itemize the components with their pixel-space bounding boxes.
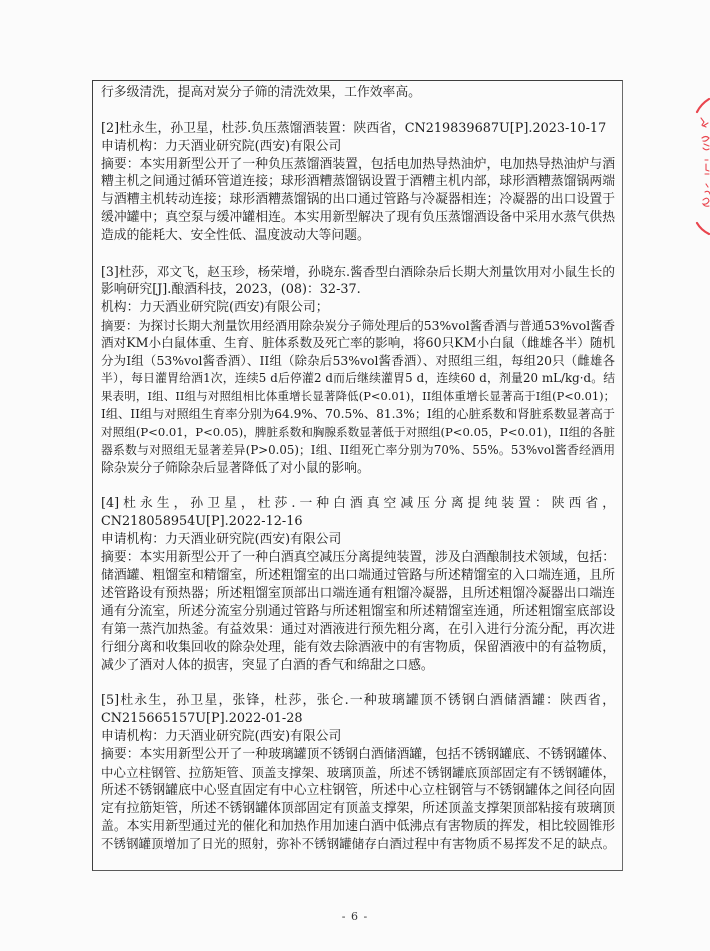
abstract-line: 有第一蒸汽加热釜。有益效果：通过对酒液进行预先粗分离，在引入进行分流分配，再次进 bbox=[101, 621, 615, 639]
abstract-line: 行细分离和收集回收的除杂处理，能有效去除酒液中的有害物质，保留酒液中的有益物质， bbox=[101, 639, 615, 657]
citation-line: [5]杜永生，孙卫星，张锋，杜莎，张仑.一种玻璃罐顶不锈钢白酒储酒罐：陕西省， bbox=[101, 692, 615, 710]
continuation-line: 行多级清洗，提高对炭分子筛的清洗效果，工作效率高。 bbox=[101, 84, 615, 102]
abstract-line: 摘要：本实用新型公开了一种负压蒸馏酒装置，包括电加热导热油炉，电加热导热油炉与酒 bbox=[101, 156, 615, 174]
abstract-line: 摘要：本实用新型公开了一种白酒真空减压分离提纯装置，涉及白酒酿制技术领域，包括： bbox=[101, 549, 615, 567]
red-seal-stamp-icon bbox=[668, 88, 710, 244]
reference-entry-4: [4]杜永生，孙卫星，杜莎.一种白酒真空减压分离提纯装置：陕西省， CN2180… bbox=[101, 495, 615, 674]
abstract-line: 盖。本实用新型通过光的催化和加热作用加速白酒中低沸点有害物质的挥发，相比较圆锥形 bbox=[101, 818, 615, 836]
citation-line: CN218058954U[P].2022-12-16 bbox=[101, 513, 615, 531]
abstract-line: 除杂炭分子筛除杂后显著降低了对小鼠的影响。 bbox=[101, 460, 615, 478]
abstract-line: 器系数与对照组无显著差异(P>0.05)；I组、II组死亡率分别为70%、55%… bbox=[101, 442, 615, 460]
abstract-line: 半），每日灌胃给酒1次，连续5 d后停灌2 d而后继续灌胃5 d，连续60 d，… bbox=[101, 370, 615, 388]
citation-line: [4]杜永生，孙卫星，杜莎.一种白酒真空减压分离提纯装置：陕西省， bbox=[101, 495, 615, 513]
institution-line: 申请机构：力天酒业研究院(西安)有限公司 bbox=[101, 138, 615, 156]
abstract-line: I组、II组与对照组生育率分别为64.9%、70.5%、81.3%；I组的心脏系… bbox=[101, 406, 615, 424]
abstract-line: 造成的能耗大、安全性低、温度波动大等问题。 bbox=[101, 227, 615, 245]
citation-line: 影响研究[J].酿酒科技，2023，(08)：32-37. bbox=[101, 281, 615, 299]
abstract-line: 述管路设有预热器；所述粗馏室顶部出口端连通有粗馏冷凝器，且所述粗馏冷凝器出口端连 bbox=[101, 585, 615, 603]
blank-line bbox=[101, 674, 615, 692]
citation-line: [2]杜永生，孙卫星，杜莎.负压蒸馏酒装置：陕西省，CN219839687U[P… bbox=[101, 120, 615, 138]
abstract-line: 摘要：为探讨长期大剂量饮用经酒用除杂炭分子筛处理后的53%vol酱香酒与普通53… bbox=[101, 317, 615, 335]
abstract-line: 所述不锈钢罐底中心竖直固定有中心立柱钢管，所述中心立柱钢管与不锈钢罐体之间径向固 bbox=[101, 782, 615, 800]
institution-line: 机构：力天酒业研究院(西安)有限公司； bbox=[101, 299, 615, 317]
abstract-line: 通有分流室，所述分流室分别通过管路与所述粗馏室和所述精馏室连通，所述粗馏室底部设 bbox=[101, 603, 615, 621]
institution-line: 申请机构：力天酒业研究院(西安)有限公司 bbox=[101, 728, 615, 746]
blank-line bbox=[101, 245, 615, 263]
blank-line bbox=[101, 102, 615, 120]
references-box: 行多级清洗，提高对炭分子筛的清洗效果，工作效率高。 [2]杜永生，孙卫星，杜莎.… bbox=[92, 80, 623, 871]
abstract-line: 糟主机之间通过循环管道连接；球形酒糟蒸馏锅设置于酒糟主机内部，球形酒糟蒸馏锅两端 bbox=[101, 173, 615, 191]
abstract-line: 缓冲罐中；真空泵与缓冲罐相连。本实用新型解决了现有负压蒸馏酒设备中采用水蒸气供热 bbox=[101, 209, 615, 227]
abstract-line: 储酒罐、粗馏室和精馏室，所述粗馏室的出口端通过管路与所述精馏室的入口端连通，且所 bbox=[101, 567, 615, 585]
page-number: - 6 - bbox=[0, 910, 710, 923]
reference-entry-2: [2]杜永生，孙卫星，杜莎.负压蒸馏酒装置：陕西省，CN219839687U[P… bbox=[101, 120, 615, 245]
abstract-line: 酒对KM小白鼠体重、生育、脏体系数及死亡率的影响，将60只KM小白鼠（雌雄各半）… bbox=[101, 334, 615, 352]
abstract-line: 分为I组（53%vol酱香酒）、II组（除杂后53%vol酱香酒）、对照组三组，… bbox=[101, 352, 615, 370]
abstract-line: 不锈钢罐顶增加了日光的照射，弥补不锈钢罐储存白酒过程中有害物质不易挥发不足的缺点… bbox=[101, 835, 615, 853]
abstract-line: 与酒糟主机转动连接；球形酒糟蒸馏锅的出口通过管路与冷凝器相连；冷凝器的出口设置于 bbox=[101, 191, 615, 209]
abstract-line: 摘要：本实用新型公开了一种玻璃罐顶不锈钢白酒储酒罐，包括不锈钢罐底、不锈钢罐体、 bbox=[101, 746, 615, 764]
institution-line: 申请机构：力天酒业研究院(西安)有限公司 bbox=[101, 531, 615, 549]
citation-line: CN215665157U[P].2022-01-28 bbox=[101, 710, 615, 728]
citation-line: [3]杜莎，邓文飞，赵玉珍，杨荣增，孙晓东.酱香型白酒除杂后长期大剂量饮用对小鼠… bbox=[101, 263, 615, 281]
reference-entry-5: [5]杜永生，孙卫星，张锋，杜莎，张仑.一种玻璃罐顶不锈钢白酒储酒罐：陕西省， … bbox=[101, 692, 615, 853]
abstract-line: 果表明，I组、II组与对照组相比体重增长显著降低(P<0.01)，II组体重增长… bbox=[101, 388, 615, 406]
abstract-line: 中心立柱钢管、拉筋矩管、顶盖支撑架、玻璃顶盖，所述不锈钢罐底顶部固定有不锈钢罐体… bbox=[101, 764, 615, 782]
abstract-line: 减少了酒对人体的损害，突显了白酒的香气和绵甜之口感。 bbox=[101, 657, 615, 675]
abstract-line: 定有拉筋矩管，所述不锈钢罐体顶部固定有顶盖支撑架，所述顶盖支撑架顶部粘接有玻璃顶 bbox=[101, 800, 615, 818]
abstract-line: 对照组(P<0.01，P<0.05)，脾脏系数和胸腺系数显著低于对照组(P<0.… bbox=[101, 424, 615, 442]
blank-line bbox=[101, 478, 615, 496]
reference-entry-3: [3]杜莎，邓文飞，赵玉珍，杨荣增，孙晓东.酱香型白酒除杂后长期大剂量饮用对小鼠… bbox=[101, 263, 615, 478]
